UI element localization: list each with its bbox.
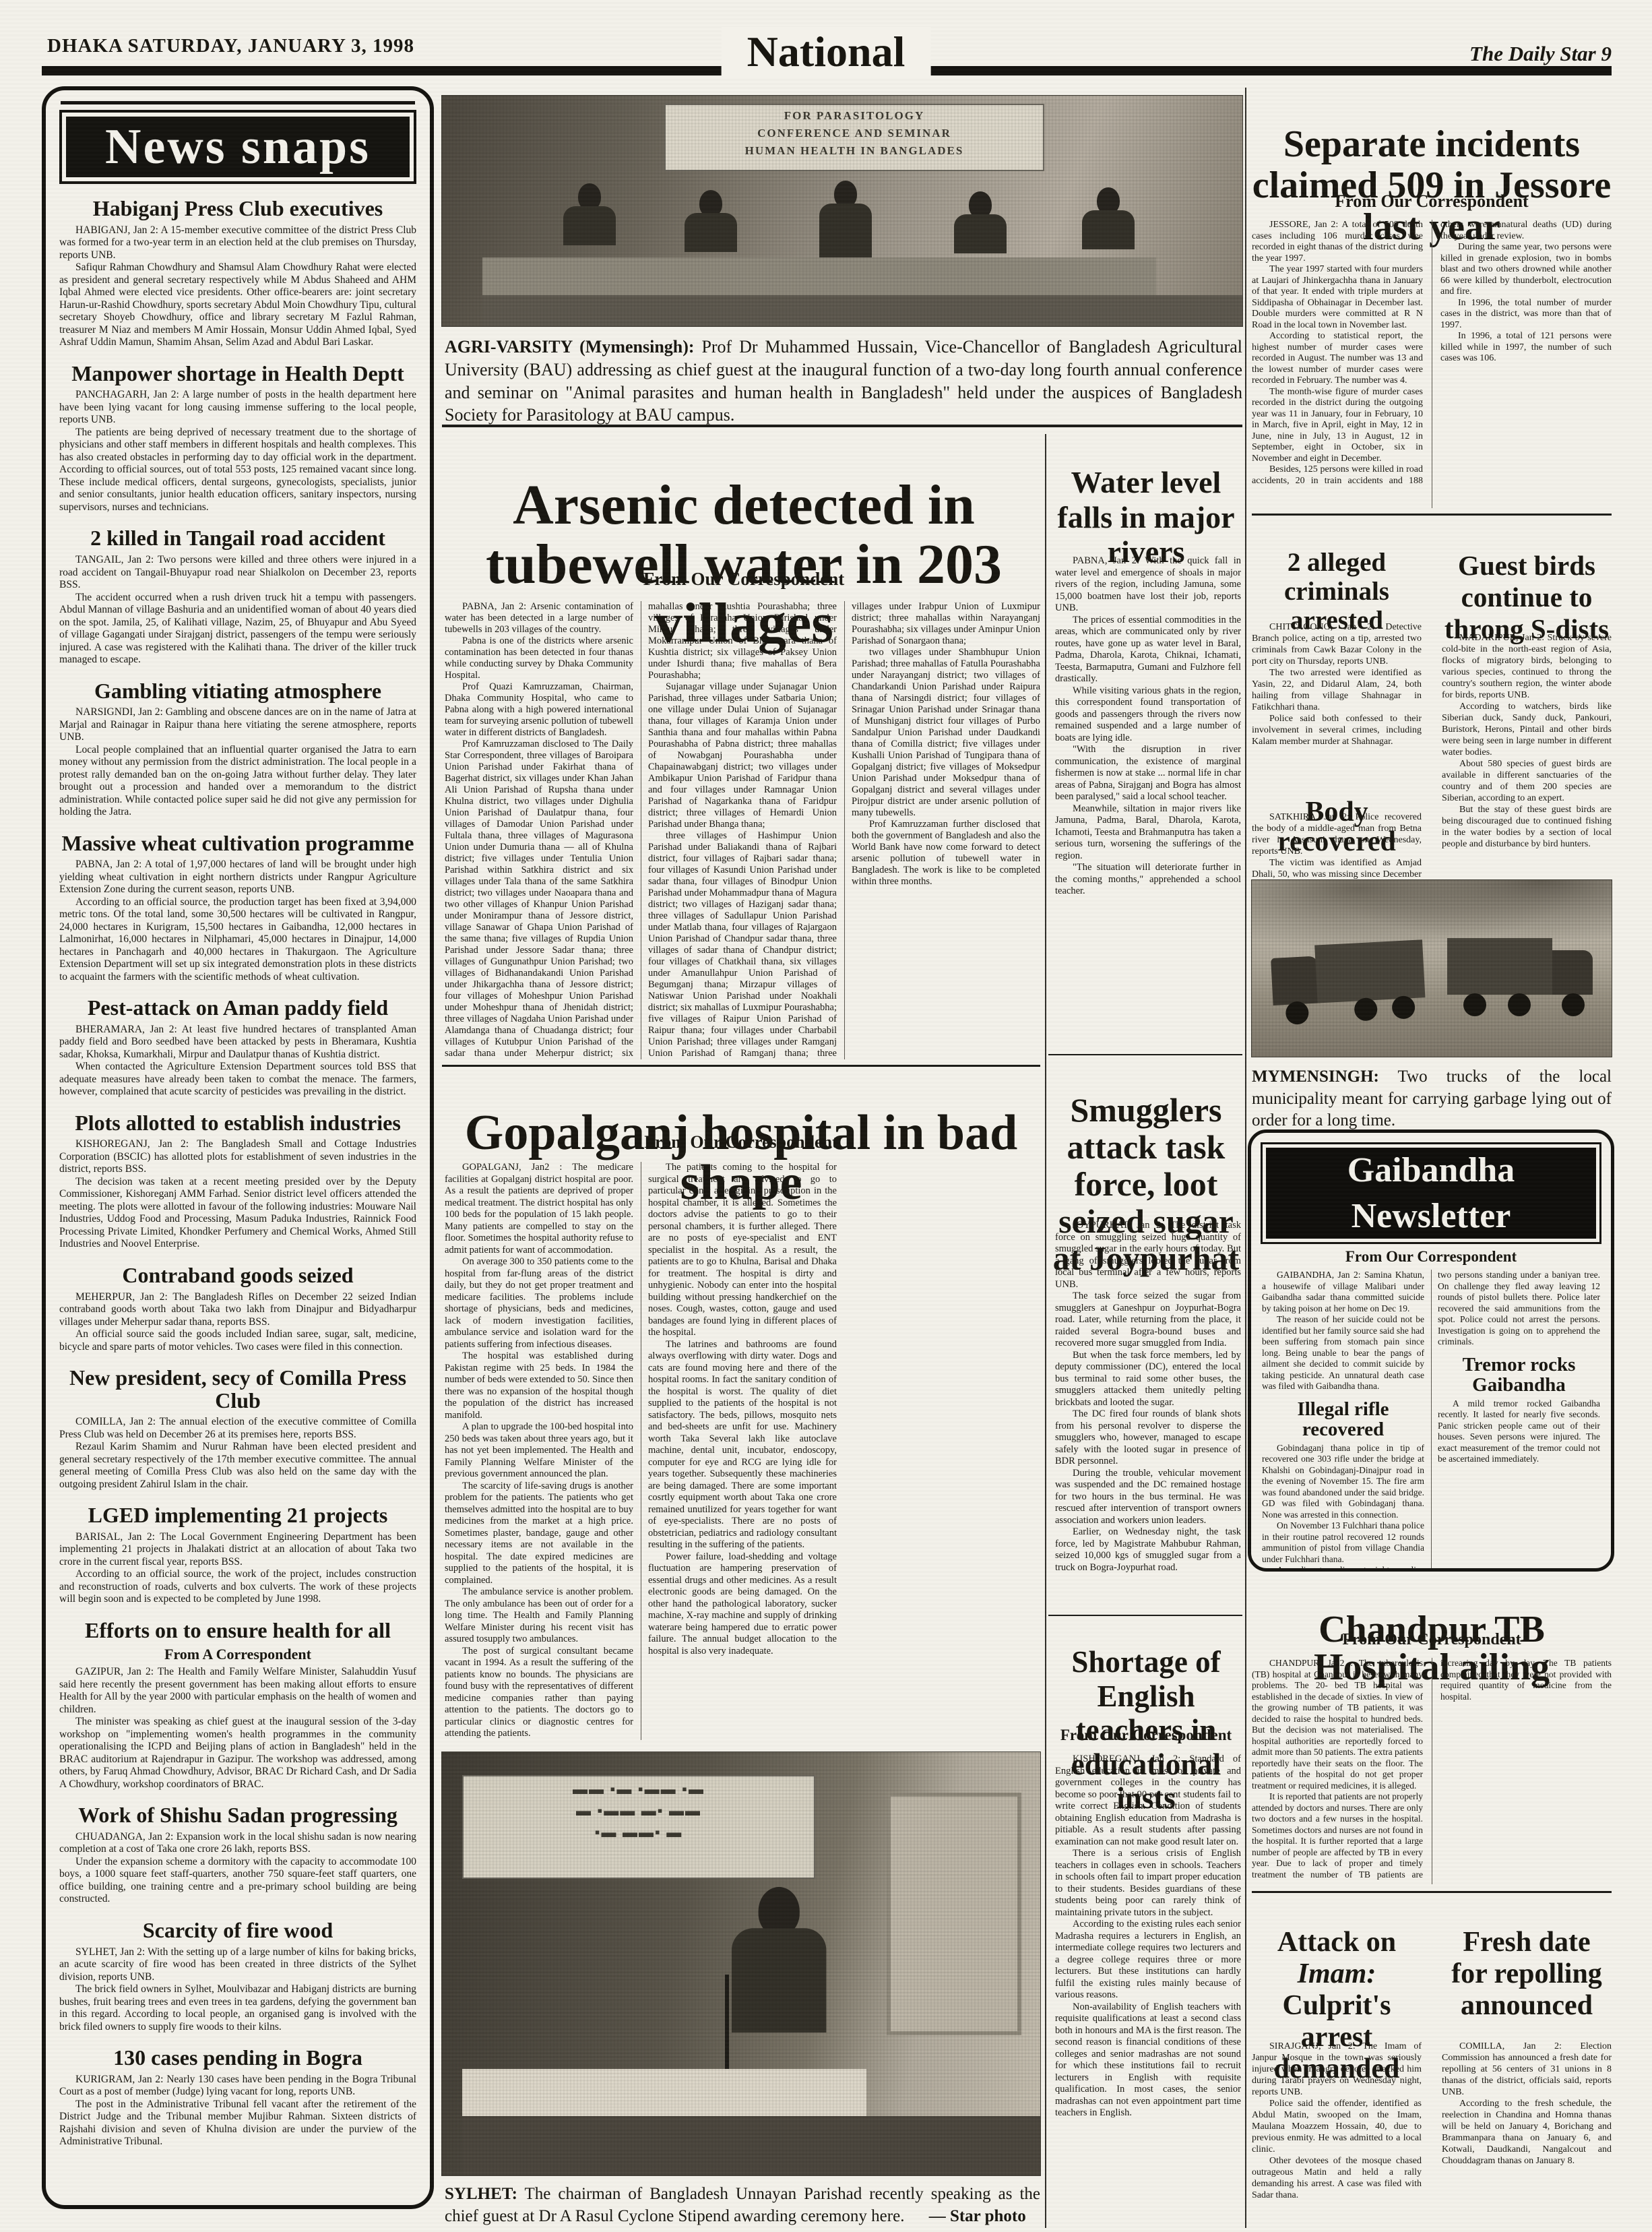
news-snap-item: 130 cases pending in Bogra KURIGRAM, Jan… (59, 2047, 416, 2148)
snap-byline: From A Correspondent (59, 1646, 416, 1663)
article-body: GOPALGANJ, Jan2 : The medicare facilitie… (445, 1162, 1040, 1740)
article-headline: Guest birds continue to throng S-dists (1442, 550, 1612, 645)
gaibandha-newsletter-box: Gaibandha Newsletter From Our Correspond… (1248, 1129, 1614, 1572)
divider (442, 1065, 1040, 1067)
paragraph: COMILLA, Jan 2: The annual election of t… (59, 1416, 416, 1441)
newsletter-subhead: Illegal rifle recovered (1262, 1399, 1424, 1440)
masthead-date: DHAKA SATURDAY, JANUARY 3, 1998 (47, 35, 414, 57)
paragraph: The decision was taken at a recent meeti… (59, 1176, 416, 1251)
paragraph: HABIGANJ, Jan 2: A 15-member executive c… (59, 224, 416, 262)
news-snap-item: Plots allotted to establish industries K… (59, 1112, 416, 1251)
news-snaps-title: News snaps (66, 117, 410, 177)
paragraph: There is a serious crisis of English tea… (1055, 1848, 1241, 1919)
paragraph: A plan to upgrade the 100-bed hospital i… (445, 1421, 633, 1481)
article-byline: From Our Correspondent (442, 1132, 1040, 1152)
paragraph: In 1996, a total of 121 persons were kil… (1440, 331, 1612, 365)
snap-body: PANCHAGARH, Jan 2: A large number of pos… (59, 389, 416, 514)
paragraph: Local people complained that an influent… (59, 744, 416, 819)
news-snap-item: Massive wheat cultivation programme PABN… (59, 832, 416, 984)
news-snaps-box: News snaps Habiganj Press Club executive… (42, 86, 434, 2209)
snap-headline: Habiganj Press Club executives (59, 197, 416, 220)
paragraph: BHERAMARA, Jan 2: At least five hundred … (59, 1024, 416, 1061)
divider (1252, 1891, 1612, 1893)
paragraph: The prices of essential commodities in t… (1055, 615, 1241, 685)
article-body: COMILLA, Jan 2: Election Commission has … (1442, 2041, 1612, 2223)
newsletter-byline: From Our Correspondent (1251, 1248, 1611, 1266)
paragraph: Prof Kamruzzaman further disclosed that … (852, 819, 1040, 888)
paragraph: two villages under Shambhupur Union Pari… (852, 647, 1040, 819)
paragraph: SIRAJGANJ, Jan 2: The Imam of Janpur Mos… (1252, 2041, 1422, 2098)
paragraph: Other devotees of the mosque chased outr… (1252, 2155, 1422, 2201)
paragraph: An official source said the goods includ… (59, 1328, 416, 1353)
news-snap-item: Efforts on to ensure health for all From… (59, 1619, 416, 1791)
caption-label: MYMENSINGH: (1252, 1067, 1379, 1086)
paragraph: GOPALGANJ, Jan2 : The medicare facilitie… (445, 1162, 633, 1256)
paragraph: While visiting various ghats in the regi… (1055, 685, 1241, 745)
paragraph: Non-availability of English teachers wit… (1055, 2002, 1241, 2119)
page-number: 9 (1601, 42, 1612, 65)
paragraph: According to watchers, birds like Siberi… (1442, 701, 1612, 758)
ceremony-photo: ▬▬ ▪▬ ▪▬▬ ▪▬ ▬ ▪▬▬ ▬▪ ▬▬ ▪▬ ▬▬▪ ▬ (442, 1752, 1040, 2175)
paragraph: According to an official source, the pro… (59, 896, 416, 984)
photo-grain (442, 1752, 1040, 2175)
article-body: PABNA, Jan 2: With the quick fall in wat… (1055, 555, 1241, 1049)
paragraph: Rezaul Karim Shamim and Nurur Rahman hav… (59, 1441, 416, 1491)
paragraph: During the trouble, vehicular movement w… (1055, 1468, 1241, 1527)
newsletter-subhead: Tremor rocks Gaibandha (1438, 1355, 1600, 1396)
photo-grain (1252, 880, 1612, 1057)
news-snap-item: New president, secy of Comilla Press Clu… (59, 1367, 416, 1491)
snap-headline: Efforts on to ensure health for all (59, 1619, 416, 1642)
paragraph: According to statistical report, the hig… (1252, 331, 1423, 387)
snap-body: BARISAL, Jan 2: The Local Government Eng… (59, 1531, 416, 1606)
newsletter-title: Gaibandha Newsletter (1266, 1148, 1596, 1239)
paragraph: The brick field owners in Sylhet, Moulvi… (59, 1983, 416, 2033)
paragraph: Under the expansion scheme a dormitory w… (59, 1856, 416, 1906)
snap-body: TANGAIL, Jan 2: Two persons were killed … (59, 554, 416, 666)
paragraph: The reason of her suicide could not be i… (1262, 1314, 1424, 1392)
paragraph: CHUADANGA, Jan 2: Expansion work in the … (59, 1831, 416, 1856)
article-headline: Water level falls in major rivers (1050, 465, 1242, 569)
news-snap-item: Work of Shishu Sadan progressing CHUADAN… (59, 1804, 416, 1906)
paragraph: Pabna is one of the districts where arse… (445, 635, 633, 681)
paragraph: "With the disruption in river communicat… (1055, 744, 1241, 803)
snap-body: MEHERPUR, Jan 2: The Bangladesh Rifles o… (59, 1291, 416, 1354)
paragraph: PABNA, Jan 2: Arsenic contamination of w… (445, 601, 633, 635)
article-body: JESSORE, Jan 2: A total of 509 death cas… (1252, 220, 1612, 508)
paragraph: PABNA, Jan 2: A total of 1,97,000 hectar… (59, 859, 416, 896)
paragraph: KISHOREGANJ, Jan 2: Standard of English … (1055, 1754, 1241, 1848)
snap-body: NARSIGNDI, Jan 2: Gambling and obscene d… (59, 706, 416, 819)
photo-credit: — Star photo (929, 2207, 1026, 2225)
snap-body: SYLHET, Jan 2: With the setting up of a … (59, 1946, 416, 2034)
paragraph: The post in the Administrative Tribunal … (59, 2099, 416, 2148)
section-title: National (722, 27, 931, 77)
article-body: KISHOREGANJ, Jan 2: Standard of English … (1055, 1754, 1241, 2225)
paragraph: Police said both confessed to their invo… (1252, 713, 1422, 747)
paragraph: The year 1997 started with four murders … (1252, 264, 1423, 331)
news-snap-item: Pest-attack on Aman paddy field BHERAMAR… (59, 997, 416, 1098)
photo-caption: MYMENSINGH: Two trucks of the local muni… (1252, 1066, 1612, 1132)
article-byline: From Our Correspondent (1050, 1727, 1242, 1744)
snap-headline: Scarcity of fire wood (59, 1919, 416, 1942)
garbage-trucks-photo (1252, 880, 1612, 1057)
paragraph: The task force seized the sugar from smu… (1055, 1291, 1241, 1350)
paragraph: PABNA, Jan 2: With the quick fall in wat… (1055, 555, 1241, 615)
paragraph: "The situation will deteriorate further … (1055, 862, 1241, 898)
paragraph: The hospital was established during Paki… (445, 1351, 633, 1421)
snap-body: PABNA, Jan 2: A total of 1,97,000 hectar… (59, 859, 416, 983)
paragraph: According to the fresh schedule, the ree… (1442, 2098, 1612, 2167)
paragraph: On November 13 Fulchhari thana police in… (1262, 1520, 1424, 1565)
paragraph: CHANDPUR, Jan2 : The tuberculosis (TB) h… (1252, 1658, 1423, 1791)
paragraph: JESSORE, Jan 2: A total of 509 death cas… (1252, 220, 1423, 264)
paragraph: Safiqur Rahman Chowdhury and Shamsul Ala… (59, 261, 416, 349)
newsletter-banner-frame: Gaibandha Newsletter (1261, 1142, 1601, 1244)
paragraph: About 580 species of guest birds are ava… (1442, 758, 1612, 804)
paper-name-and-page: The Daily Star 9 (1469, 42, 1612, 66)
paragraph: The scarcity of life-saving drugs is ano… (445, 1481, 633, 1587)
paragraph: When contacted the Agriculture Extension… (59, 1061, 416, 1098)
snap-body: GAZIPUR, Jan 2: The Health and Family We… (59, 1666, 416, 1791)
news-snaps-banner-frame: News snaps (59, 110, 416, 184)
paragraph: MADARIPUR, Jan 2: Struck by severe cold-… (1442, 632, 1612, 701)
newspaper-page: DHAKA SATURDAY, JANUARY 3, 1998 National… (0, 0, 1652, 2232)
newsletter-section: GAIBANDHA, Jan 2: Samina Khatun, a house… (1262, 1270, 1424, 1392)
news-snap-item: 2 killed in Tangail road accident TANGAI… (59, 527, 416, 666)
paragraph: BARISAL, Jan 2: The Local Government Eng… (59, 1531, 416, 1569)
paragraph: On average 300 to 350 patients come to t… (445, 1256, 633, 1351)
news-snap-item: Contraband goods seized MEHERPUR, Jan 2:… (59, 1264, 416, 1353)
snap-headline: Manpower shortage in Health Deptt (59, 363, 416, 385)
snap-headline: Gambling vitiating atmosphere (59, 680, 416, 703)
snap-body: KURIGRAM, Jan 2: Nearly 130 cases have b… (59, 2074, 416, 2148)
lead-byline: From Our Correspondent (447, 569, 1040, 590)
photo-caption: AGRI-VARSITY (Mymensingh): Prof Dr Muham… (445, 336, 1242, 427)
snap-headline: New president, secy of Comilla Press Clu… (59, 1367, 416, 1412)
headline-text: Attack on (1277, 1927, 1396, 1958)
paragraph: TANGAIL, Jan 2: Two persons were killed … (59, 554, 416, 592)
paragraph: The patients coming to the hospital for … (648, 1162, 837, 1339)
snap-headline: LGED implementing 21 projects (59, 1504, 416, 1527)
snap-body: KISHOREGANJ, Jan 2: The Bangladesh Small… (59, 1138, 416, 1251)
paragraph: The post of surgical consultant became v… (445, 1646, 633, 1740)
paragraph: COMILLA, Jan 2: Election Commission has … (1442, 2041, 1612, 2098)
paragraph: The DC fired four rounds of blank shots … (1055, 1408, 1241, 1468)
article-body: CHANDPUR, Jan2 : The tuberculosis (TB) h… (1252, 1658, 1612, 1884)
newsletter-section: A mild tremor rocked Gaibandha recently.… (1438, 1398, 1600, 1465)
paragraph: The accident occurred when a rush driven… (59, 592, 416, 666)
paragraph: The latrines and bathrooms are found alw… (648, 1339, 837, 1551)
divider (1048, 1615, 1242, 1616)
snap-body: BHERAMARA, Jan 2: At least five hundred … (59, 1024, 416, 1098)
paragraph: A mild tremor rocked Gaibandha recently.… (1438, 1398, 1600, 1465)
news-snap-item: Gambling vitiating atmosphere NARSIGNDI,… (59, 680, 416, 819)
article-headline: Fresh date for repolling announced (1442, 1927, 1612, 2022)
article-body: SIRAJGANJ, Jan 2: The Imam of Janpur Mos… (1252, 2041, 1422, 2223)
newsletter-body: GAIBANDHA, Jan 2: Samina Khatun, a house… (1262, 1270, 1600, 1572)
paragraph: The patients are being deprived of neces… (59, 427, 416, 514)
paragraph: The ambulance service is another problem… (445, 1586, 633, 1646)
article-byline: From Our Correspondent (1252, 1631, 1612, 1649)
paragraph: GAIBANDHA, Jan 2: Samina Khatun, a house… (1262, 1270, 1424, 1314)
paragraph: The two arrested were identified as Yasi… (1252, 667, 1422, 713)
snap-body: COMILLA, Jan 2: The annual election of t… (59, 1416, 416, 1491)
paragraph: PANCHAGARH, Jan 2: A large number of pos… (59, 389, 416, 427)
caption-label: SYLHET: (445, 2185, 517, 2203)
paper-name: The Daily Star (1469, 42, 1596, 65)
snap-headline: 130 cases pending in Bogra (59, 2047, 416, 2070)
paragraph: KURIGRAM, Jan 2: Nearly 130 cases have b… (59, 2074, 416, 2099)
caption-label: AGRI-VARSITY (Mymensingh): (445, 337, 695, 356)
snap-headline: Work of Shishu Sadan progressing (59, 1804, 416, 1827)
paragraph: In 1996, the total number of murder case… (1440, 298, 1612, 332)
paragraph: According to the existing rules each sen… (1055, 1919, 1241, 2002)
paragraph: Meanwhile, siltation in major rivers lik… (1055, 803, 1241, 863)
divider (442, 425, 1242, 427)
paragraph: The victim was identified as Amjad Dhali… (1252, 857, 1422, 879)
column-rule (1045, 434, 1046, 2228)
paragraph: KISHOREGANJ, Jan 2: The Bangladesh Small… (59, 1138, 416, 1176)
photo-caption: SYLHET: The chairman of Bangladesh Unnay… (445, 2183, 1040, 2227)
divider (1048, 1054, 1242, 1055)
article-body: MADARIPUR, Jan 2: Struck by severe cold-… (1442, 632, 1612, 879)
paragraph: SATKHIRA, Jan 2: Police recovered the bo… (1252, 811, 1422, 857)
article-byline: From Our Correspondent (1252, 191, 1612, 212)
paragraph: But when the task force members, led by … (1055, 1350, 1241, 1409)
paragraph: Prof Quazi Kamruzzaman, Chairman, Dhaka … (445, 681, 633, 739)
snap-body: CHUADANGA, Jan 2: Expansion work in the … (59, 1831, 416, 1906)
paragraph: JOYPURHAT, Jan 2; The district task forc… (1055, 1220, 1241, 1291)
divider (1252, 514, 1612, 516)
paragraph: Earlier, on Wednesday night, the task fo… (1055, 1526, 1241, 1574)
paragraph: According to an official source, the wor… (59, 1568, 416, 1606)
divider (61, 101, 415, 104)
conference-photo: FOR PARASITOLOGY CONFERENCE AND SEMINAR … (442, 96, 1242, 326)
snap-body: HABIGANJ, Jan 2: A 15-member executive c… (59, 224, 416, 349)
article-body: JOYPURHAT, Jan 2; The district task forc… (1055, 1220, 1241, 1609)
column-rule (1245, 88, 1246, 2228)
paragraph: Police said the offender, identified as … (1252, 2098, 1422, 2155)
snap-headline: Contraband goods seized (59, 1264, 416, 1287)
paragraph: CHITTAGONG, Jan 2: Detective Branch poli… (1252, 621, 1422, 667)
paragraph: MEHERPUR, Jan 2: The Bangladesh Rifles o… (59, 1291, 416, 1329)
paragraph: But the stay of these guest birds are be… (1442, 804, 1612, 850)
paragraph: GAZIPUR, Jan 2: The Health and Family We… (59, 1666, 416, 1716)
paragraph: During the same year, two persons were k… (1440, 242, 1612, 298)
news-snap-item: LGED implementing 21 projects BARISAL, J… (59, 1504, 416, 1606)
news-snap-item: Habiganj Press Club executives HABIGANJ,… (59, 197, 416, 349)
headline-italic: Imam: (1298, 1958, 1376, 1989)
snap-headline: 2 killed in Tangail road accident (59, 527, 416, 550)
article-body: SATKHIRA, Jan 2: Police recovered the bo… (1252, 811, 1422, 879)
paragraph: SYLHET, Jan 2: With the setting up of a … (59, 1946, 416, 1984)
paragraph: Power failure, load-shedding and voltage… (648, 1551, 837, 1658)
article-body: CHITTAGONG, Jan 2: Detective Branch poli… (1252, 621, 1422, 776)
news-snap-item: Manpower shortage in Health Deptt PANCHA… (59, 363, 416, 514)
photo-grain (442, 96, 1242, 326)
news-snap-item: Scarcity of fire wood SYLHET, Jan 2: Wit… (59, 1919, 416, 2033)
paragraph: The month-wise figure of murder cases re… (1252, 387, 1423, 465)
lead-article-body: PABNA, Jan 2: Arsenic contamination of w… (445, 601, 1040, 1059)
paragraph: The minister was speaking as chief guest… (59, 1716, 416, 1791)
snap-headline: Pest-attack on Aman paddy field (59, 997, 416, 1020)
paragraph: Gobindaganj thana police in tip of recov… (1262, 1443, 1424, 1521)
snap-headline: Plots allotted to establish industries (59, 1112, 416, 1135)
paragraph: NARSIGNDI, Jan 2: Gambling and obscene d… (59, 706, 416, 744)
snap-headline: Massive wheat cultivation programme (59, 832, 416, 855)
paragraph: Sujanagar village under Sujanagar Union … (648, 681, 837, 830)
